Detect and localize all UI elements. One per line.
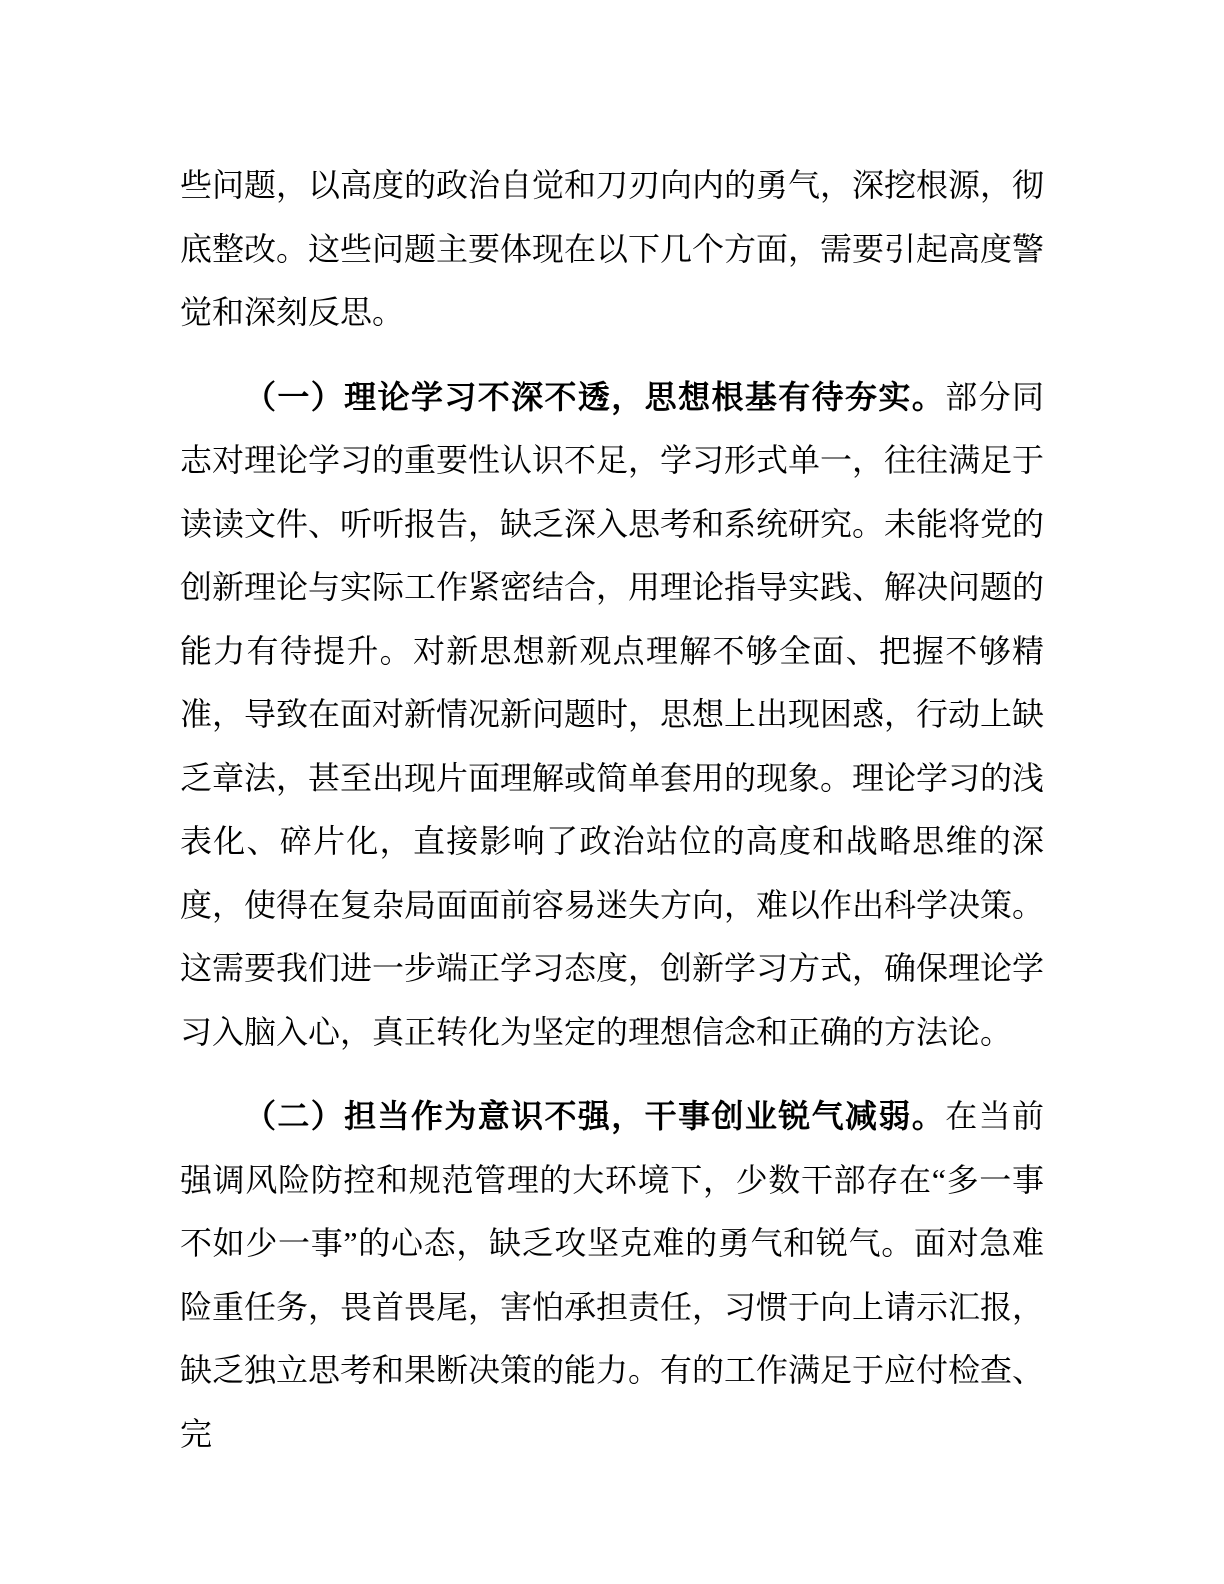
section-1-body-text: 部分同志对理论学习的重要性认识不足，学习形式单一，往往满足于读读文件、听听报告，…: [180, 379, 1044, 1050]
document-page: 些问题，以高度的政治自觉和刀刃向内的勇气，深挖根源，彻底整改。这些问题主要体现在…: [0, 0, 1224, 1584]
paragraph-continuation: 些问题，以高度的政治自觉和刀刃向内的勇气，深挖根源，彻底整改。这些问题主要体现在…: [180, 154, 1044, 345]
section-1-heading: （一）理论学习不深不透，思想根基有待夯实。: [244, 379, 945, 415]
paragraph-section-1: （一）理论学习不深不透，思想根基有待夯实。部分同志对理论学习的重要性认识不足，学…: [180, 366, 1044, 1065]
paragraph-continuation-text: 些问题，以高度的政治自觉和刀刃向内的勇气，深挖根源，彻底整改。这些问题主要体现在…: [180, 167, 1044, 330]
section-2-body-text: 在当前强调风险防控和规范管理的大环境下，少数干部存在“多一事不如少一事”的心态，…: [180, 1098, 1044, 1452]
section-2-heading: （二）担当作为意识不强，干事创业锐气减弱。: [244, 1098, 945, 1134]
paragraph-section-2: （二）担当作为意识不强，干事创业锐气减弱。在当前强调风险防控和规范管理的大环境下…: [180, 1085, 1044, 1466]
